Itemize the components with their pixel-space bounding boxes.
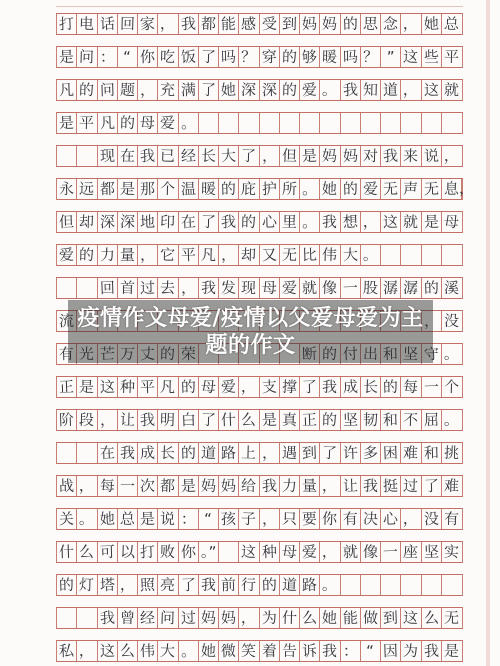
grid-cell — [57, 146, 77, 166]
grid-cell: 的 — [77, 245, 97, 265]
grid-cell: 我 — [138, 146, 158, 166]
grid-cell: 妈 — [320, 14, 340, 34]
grid-cell: 知 — [361, 80, 381, 100]
grid-cell: 的 — [219, 179, 239, 199]
essay-line: 在我成长的道路上，遇到了许多困难和挑 — [56, 442, 463, 464]
grid-cell: 是 — [118, 179, 138, 199]
grid-cell: 深 — [98, 212, 118, 232]
grid-cell: 她 — [219, 80, 239, 100]
grid-cell: 成 — [341, 377, 361, 397]
grid-cell: 每 — [98, 476, 118, 496]
grid-cell: 在 — [179, 212, 199, 232]
grid-cell: 像 — [320, 278, 340, 298]
grid-cell: 就 — [442, 80, 462, 100]
grid-cell — [401, 575, 421, 595]
grid-cell: 都 — [158, 476, 178, 496]
grid-cell: 的 — [422, 278, 442, 298]
grid-cell: ， — [401, 80, 421, 100]
grid-cell: 没 — [442, 311, 462, 331]
grid-cell: 发 — [219, 278, 239, 298]
grid-cell: 挑 — [442, 443, 462, 463]
grid-cell: 能 — [341, 608, 361, 628]
grid-cell: 个 — [442, 377, 462, 397]
grid-cell: 。 — [300, 212, 320, 232]
grid-cell: ， — [77, 641, 97, 661]
grid-cell — [381, 575, 401, 595]
grid-cell — [381, 245, 401, 265]
grid-cell: 韧 — [361, 410, 381, 430]
essay-line: 是问：“你吃饭了吗？穿的够暖吗？”这些平 — [56, 46, 463, 68]
grid-cell: 爱 — [158, 113, 178, 133]
grid-cell: 她 — [320, 608, 340, 628]
grid-cell: 一 — [341, 278, 361, 298]
grid-cell — [442, 245, 462, 265]
grid-cell: 为 — [401, 641, 421, 661]
grid-cell: 经 — [179, 146, 199, 166]
grid-cell: 这 — [401, 608, 421, 628]
essay-line: 爱的力量，它平凡，却又无比伟大。 — [56, 244, 463, 266]
grid-cell: “ — [199, 509, 219, 529]
grid-cell: 吗 — [219, 47, 239, 67]
grid-cell: 过 — [138, 278, 158, 298]
grid-cell: 爱 — [300, 542, 320, 562]
grid-cell — [57, 608, 77, 628]
grid-cell: 是 — [260, 410, 280, 430]
grid-cell: 可 — [98, 542, 118, 562]
grid-cell: 么 — [77, 542, 97, 562]
grid-cell: 我 — [361, 476, 381, 496]
grid-cell: 的 — [179, 443, 199, 463]
grid-cell: 永 — [57, 179, 77, 199]
grid-cell: 就 — [341, 542, 361, 562]
grid-cell: 道 — [199, 443, 219, 463]
grid-cell: 困 — [381, 443, 401, 463]
grid-cell: ， — [98, 410, 118, 430]
grid-cell: ， — [442, 146, 462, 166]
grid-cell: 种 — [118, 377, 138, 397]
grid-cell: ， — [138, 245, 158, 265]
grid-cell: 我 — [98, 608, 118, 628]
grid-cell: 到 — [300, 443, 320, 463]
grid-cell: 又 — [260, 245, 280, 265]
grid-cell: 无 — [422, 179, 442, 199]
grid-cell: 的 — [239, 212, 259, 232]
grid-cell: 的 — [320, 410, 340, 430]
grid-cell: 要 — [300, 509, 320, 529]
grid-cell: 无 — [280, 245, 300, 265]
grid-cell: 种 — [260, 542, 280, 562]
grid-cell: 爱 — [219, 377, 239, 397]
grid-cell: 子 — [239, 509, 259, 529]
grid-cell: 了 — [199, 212, 219, 232]
grid-cell: 么 — [239, 410, 259, 430]
grid-cell: 她 — [320, 179, 340, 199]
grid-cell: 的 — [381, 377, 401, 397]
essay-line: 打电话回家，我都能感受到妈妈的思念，她总 — [56, 13, 463, 35]
grid-cell: 爱 — [361, 179, 381, 199]
grid-cell: 个 — [158, 179, 178, 199]
grid-cell: 心 — [260, 212, 280, 232]
grid-cell: 都 — [98, 179, 118, 199]
grid-cell — [341, 575, 361, 595]
grid-cell: 关 — [57, 509, 77, 529]
grid-cell: 地 — [138, 212, 158, 232]
grid-cell: 声 — [401, 179, 421, 199]
grid-cell: 有 — [341, 509, 361, 529]
grid-cell: 。 — [320, 575, 340, 595]
grid-cell: 吗 — [341, 47, 361, 67]
grid-cell: 是 — [179, 476, 199, 496]
grid-cell: 。 — [320, 80, 340, 100]
grid-cell: 满 — [179, 80, 199, 100]
grid-cell: 妈 — [300, 14, 320, 34]
grid-cell: 它 — [158, 245, 178, 265]
grid-cell: 让 — [341, 476, 361, 496]
grid-cell: ” — [381, 47, 401, 67]
grid-cell: 所 — [280, 179, 300, 199]
grid-cell — [260, 113, 280, 133]
grid-cell: ： — [341, 641, 361, 661]
grid-cell: 总 — [442, 14, 462, 34]
top-cut-line — [56, 6, 463, 7]
grid-cell — [199, 113, 219, 133]
grid-cell: 打 — [138, 542, 158, 562]
grid-cell: 一 — [422, 377, 442, 397]
grid-cell: 伟 — [320, 245, 340, 265]
essay-line: 正是这种平凡的母爱，支撑了我成长的每一个 — [56, 376, 463, 398]
grid-cell: ， — [260, 443, 280, 463]
grid-cell: 凡 — [199, 245, 219, 265]
grid-cell: 什 — [280, 608, 300, 628]
grid-cell: ， — [320, 476, 340, 496]
essay-line: 是平凡的母爱。 — [56, 112, 463, 134]
grid-cell: 温 — [179, 179, 199, 199]
grid-cell: 道 — [381, 80, 401, 100]
grid-cell: 了 — [320, 443, 340, 463]
grid-cell: 到 — [381, 608, 401, 628]
grid-cell: 远 — [77, 179, 97, 199]
grid-cell: 对 — [361, 146, 381, 166]
grid-cell: ， — [320, 542, 340, 562]
grid-cell — [77, 608, 97, 628]
essay-line: 的灯塔，照亮了我前行的道路。 — [56, 574, 463, 596]
grid-cell: 。 — [77, 509, 97, 529]
grid-cell: 已 — [158, 146, 178, 166]
grid-cell: 么 — [300, 608, 320, 628]
grid-cell: 。 — [179, 641, 199, 661]
grid-cell: 笑 — [239, 641, 259, 661]
grid-cell: 这 — [381, 212, 401, 232]
grid-cell: ， — [401, 14, 421, 34]
grid-cell: 我 — [138, 410, 158, 430]
grid-cell: 着 — [260, 641, 280, 661]
grid-cell: 。” — [199, 542, 219, 562]
essay-line: 永远都是那个温暖的庇护所。她的爱无声无息， — [56, 178, 463, 200]
grid-cell: 妈 — [320, 146, 340, 166]
grid-cell: 大 — [341, 245, 361, 265]
grid-cell: 吃 — [158, 47, 178, 67]
grid-cell: 却 — [77, 212, 97, 232]
grid-cell — [422, 245, 442, 265]
grid-cell: 她 — [199, 641, 219, 661]
grid-cell: 念 — [381, 14, 401, 34]
grid-cell — [442, 575, 462, 595]
grid-cell: 告 — [280, 641, 300, 661]
grid-cell: 了 — [300, 377, 320, 397]
grid-cell: 话 — [98, 14, 118, 34]
grid-cell: 支 — [260, 377, 280, 397]
grid-cell: 了 — [199, 47, 219, 67]
grid-cell — [219, 542, 239, 562]
grid-cell: 比 — [300, 245, 320, 265]
grid-cell: 的 — [280, 47, 300, 67]
grid-cell: 电 — [77, 14, 97, 34]
grid-cell: 正 — [57, 377, 77, 397]
grid-cell: 这 — [98, 641, 118, 661]
grid-cell: 撑 — [280, 377, 300, 397]
overlay-title-line-2: 题的作文 — [205, 332, 295, 359]
grid-cell: “ — [361, 641, 381, 661]
grid-cell: 母 — [260, 278, 280, 298]
grid-cell: 的 — [118, 113, 138, 133]
grid-cell: 说 — [158, 509, 178, 529]
grid-cell: 实 — [442, 542, 462, 562]
grid-cell: 我 — [422, 641, 442, 661]
grid-cell: 么 — [118, 641, 138, 661]
grid-cell: 在 — [118, 146, 138, 166]
grid-cell: 却 — [239, 245, 259, 265]
grid-cell: 。 — [361, 245, 381, 265]
grid-cell: 一 — [118, 476, 138, 496]
essay-line: 战，每一次都是妈妈给我力量，让我挺过了难 — [56, 475, 463, 497]
grid-cell: 那 — [138, 179, 158, 199]
grid-cell: 的 — [179, 377, 199, 397]
grid-cell: 的 — [280, 80, 300, 100]
grid-cell: 诉 — [300, 641, 320, 661]
grid-cell: 打 — [57, 14, 77, 34]
grid-cell: 让 — [118, 410, 138, 430]
grid-cell: 做 — [361, 608, 381, 628]
grid-cell: 多 — [361, 443, 381, 463]
essay-line: 私，这么伟大。她微笑着告诉我：“因为我是 — [56, 640, 463, 662]
grid-cell: 说 — [422, 146, 442, 166]
grid-cell: 这 — [401, 47, 421, 67]
essay-photo: 打电话回家，我都能感受到妈妈的思念，她总是问：“你吃饭了吗？穿的够暖吗？”这些平… — [0, 0, 500, 666]
grid-cell — [77, 278, 97, 298]
grid-cell: 我 — [320, 377, 340, 397]
grid-cell: 些 — [422, 47, 442, 67]
grid-cell: 深 — [239, 80, 259, 100]
essay-line: 回首过去，我发现母爱就像一股潺潺的溪 — [56, 277, 463, 299]
grid-cell: 心 — [381, 509, 401, 529]
grid-cell: 挺 — [381, 476, 401, 496]
grid-cell: 什 — [219, 410, 239, 430]
page-edge — [486, 0, 490, 666]
grid-cell: 我 — [381, 146, 401, 166]
grid-cell: 深 — [260, 80, 280, 100]
grid-cell: 问 — [77, 47, 97, 67]
grid-cell — [401, 113, 421, 133]
grid-cell: 的 — [57, 575, 77, 595]
grid-cell: ， — [260, 509, 280, 529]
grid-cell: 。 — [179, 113, 199, 133]
grid-cell: 了 — [199, 80, 219, 100]
grid-cell: 过 — [401, 476, 421, 496]
overflow-char: ， — [459, 177, 474, 198]
grid-cell: 什 — [57, 542, 77, 562]
grid-cell: 爱 — [57, 245, 77, 265]
grid-cell: 你 — [179, 542, 199, 562]
grid-cell: 妈 — [219, 608, 239, 628]
grid-cell: 但 — [280, 146, 300, 166]
grid-cell — [219, 113, 239, 133]
grid-cell: 回 — [98, 278, 118, 298]
grid-cell — [442, 113, 462, 133]
grid-cell: 首 — [118, 278, 138, 298]
grid-cell — [361, 575, 381, 595]
grid-cell: 一 — [381, 542, 401, 562]
grid-cell — [280, 113, 300, 133]
grid-cell: 平 — [179, 245, 199, 265]
grid-cell: 我 — [260, 476, 280, 496]
grid-cell: 妈 — [199, 608, 219, 628]
grid-cell: ？ — [361, 47, 381, 67]
grid-cell: 能 — [219, 14, 239, 34]
grid-cell: 母 — [280, 542, 300, 562]
grid-cell: 过 — [179, 608, 199, 628]
grid-cell: 座 — [401, 542, 421, 562]
grid-cell: 妈 — [219, 476, 239, 496]
grid-cell: 和 — [422, 443, 442, 463]
grid-cell: 是 — [300, 146, 320, 166]
grid-cell: 真 — [280, 410, 300, 430]
grid-cell: 量 — [300, 476, 320, 496]
grid-cell: 股 — [361, 278, 381, 298]
grid-cell: 里 — [280, 212, 300, 232]
grid-cell: 只 — [280, 509, 300, 529]
grid-cell: 的 — [260, 575, 280, 595]
grid-cell: 屈 — [422, 410, 442, 430]
grid-cell: 路 — [219, 443, 239, 463]
grid-cell: 。 — [442, 344, 462, 364]
grid-cell: 爱 — [280, 278, 300, 298]
grid-cell: 战 — [57, 476, 77, 496]
grid-cell: 去 — [158, 278, 178, 298]
grid-cell: 饭 — [179, 47, 199, 67]
grid-cell: 平 — [138, 377, 158, 397]
grid-cell: 是 — [442, 641, 462, 661]
grid-cell: 就 — [401, 212, 421, 232]
grid-cell — [381, 113, 401, 133]
grid-cell: 暖 — [320, 47, 340, 67]
grid-cell: 许 — [341, 443, 361, 463]
grid-cell — [422, 575, 442, 595]
grid-cell: 无 — [381, 179, 401, 199]
grid-cell: 长 — [199, 146, 219, 166]
grid-cell: 我 — [179, 14, 199, 34]
grid-cell: 难 — [442, 476, 462, 496]
grid-cell: 的 — [341, 14, 361, 34]
grid-cell: 妈 — [199, 476, 219, 496]
grid-cell — [320, 113, 340, 133]
grid-cell: 正 — [300, 410, 320, 430]
grid-cell: 了 — [239, 146, 259, 166]
grid-cell: 这 — [239, 542, 259, 562]
grid-cell: 不 — [401, 410, 421, 430]
grid-cell: 亮 — [158, 575, 178, 595]
grid-cell: 我 — [199, 278, 219, 298]
grid-cell: 长 — [361, 377, 381, 397]
grid-cell: 印 — [158, 212, 178, 232]
grid-cell: 了 — [199, 410, 219, 430]
grid-cell: 阶 — [57, 410, 77, 430]
essay-line: 什么可以打败你。”这种母爱，就像一座坚实 — [56, 541, 463, 563]
grid-cell: 她 — [422, 14, 442, 34]
grid-cell: 有 — [442, 509, 462, 529]
grid-cell: 力 — [280, 476, 300, 496]
grid-cell: 遇 — [280, 443, 300, 463]
grid-cell: 道 — [280, 575, 300, 595]
grid-cell: ， — [138, 80, 158, 100]
grid-cell: 给 — [239, 476, 259, 496]
grid-cell: 溪 — [442, 278, 462, 298]
grid-cell: 私 — [57, 641, 77, 661]
grid-cell: 母 — [442, 212, 462, 232]
grid-cell: 现 — [239, 278, 259, 298]
grid-cell: 决 — [361, 509, 381, 529]
grid-cell: 因 — [381, 641, 401, 661]
grid-cell: 这 — [422, 80, 442, 100]
grid-cell: 了 — [179, 575, 199, 595]
grid-cell: 。 — [300, 179, 320, 199]
grid-cell: 平 — [442, 47, 462, 67]
grid-cell: 我 — [118, 443, 138, 463]
grid-cell: ： — [179, 509, 199, 529]
grid-cell: 深 — [118, 212, 138, 232]
grid-cell: 为 — [260, 608, 280, 628]
essay-line: 我曾经问过妈妈，为什么她能做到这么无 — [56, 607, 463, 629]
grid-cell: 段 — [77, 410, 97, 430]
grid-cell: 想 — [341, 212, 361, 232]
grid-cell: 成 — [138, 443, 158, 463]
grid-cell: 我 — [320, 641, 340, 661]
grid-cell: 她 — [98, 509, 118, 529]
grid-cell: 长 — [158, 443, 178, 463]
grid-cell: 坚 — [422, 542, 442, 562]
grid-cell: 量 — [118, 245, 138, 265]
grid-cell: ， — [239, 377, 259, 397]
grid-cell: 母 — [138, 113, 158, 133]
grid-cell: 难 — [401, 443, 421, 463]
grid-cell: 感 — [239, 14, 259, 34]
grid-cell: 问 — [98, 80, 118, 100]
grid-cell: 暖 — [199, 179, 219, 199]
grid-cell: 白 — [179, 410, 199, 430]
grid-cell: “ — [118, 47, 138, 67]
grid-cell: 在 — [98, 443, 118, 463]
grid-cell: 是 — [57, 113, 77, 133]
grid-cell: 庇 — [239, 179, 259, 199]
grid-cell: 是 — [422, 212, 442, 232]
grid-cell: ， — [401, 509, 421, 529]
grid-cell — [300, 113, 320, 133]
grid-cell: 是 — [57, 47, 77, 67]
essay-line: 凡的问题，充满了她深深的爱。我知道，这就 — [56, 79, 463, 101]
grid-cell: 了 — [422, 476, 442, 496]
grid-cell: 我 — [219, 212, 239, 232]
grid-cell: 我 — [199, 575, 219, 595]
grid-cell: 以 — [118, 542, 138, 562]
